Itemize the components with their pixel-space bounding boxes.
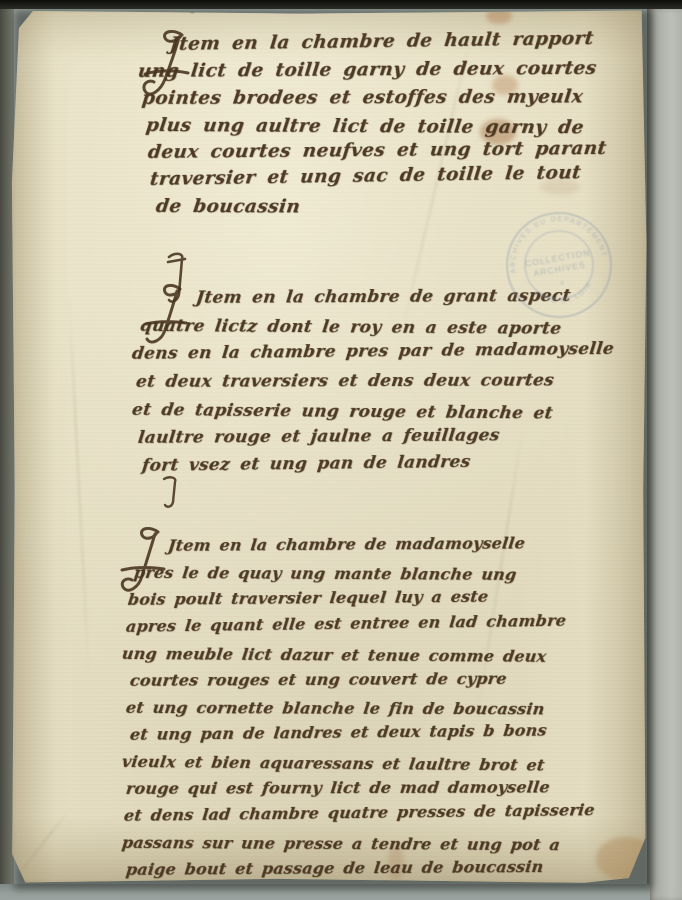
manuscript-line: paige bout et passage de leau de boucass… (124, 853, 596, 883)
manuscript-line: traversier et ung sac de toille le tout (149, 159, 608, 193)
manuscript-line: et ung pan de landres et deux tapis b bo… (128, 716, 596, 748)
backing-left-edge (0, 9, 14, 886)
backing-top-edge (0, 0, 682, 9)
paragraph-separator-mark (161, 474, 181, 510)
manuscript-line: courtes rouges et ung couvert de cypre (128, 665, 596, 694)
paragraph-3: Jtem en la chambre de madamoyselle pres … (122, 532, 595, 883)
manuscript-line: dens en la chambre pres par de madamoyse… (130, 335, 615, 368)
manuscript-line: pointes brodees et estoffes des myeulx (140, 83, 608, 112)
manuscript-line: apres le quant elle est entree en lad ch… (125, 606, 597, 640)
manuscript-line: Jtem en la chambre de hault rapport (169, 25, 608, 58)
manuscript-line: ung lict de toille garny de deux courtes (136, 55, 608, 85)
archive-stamp: ARCHIVES DU DEPARTEMENT EVRE ET LOIR COL… (492, 198, 626, 332)
paragraph-1: Jtem en la chambre de hault rapport ung … (130, 31, 607, 220)
manuscript-line: et dens lad chambre quatre presses de ta… (123, 796, 597, 829)
manuscript-page: Jtem en la chambre de hault rapport ung … (10, 7, 648, 885)
manuscript-line: Jtem en la chambre de madamoyselle (166, 529, 596, 559)
stamp-bottom-mark: v (560, 279, 565, 287)
manuscript-line: et deux traversiers et dens deux courtes (134, 366, 615, 396)
manuscript-line: fort vsez et ung pan de landres (140, 446, 615, 480)
paper-crease (68, 297, 90, 687)
manuscript-photo: Jtem en la chambre de hault rapport ung … (0, 0, 682, 900)
